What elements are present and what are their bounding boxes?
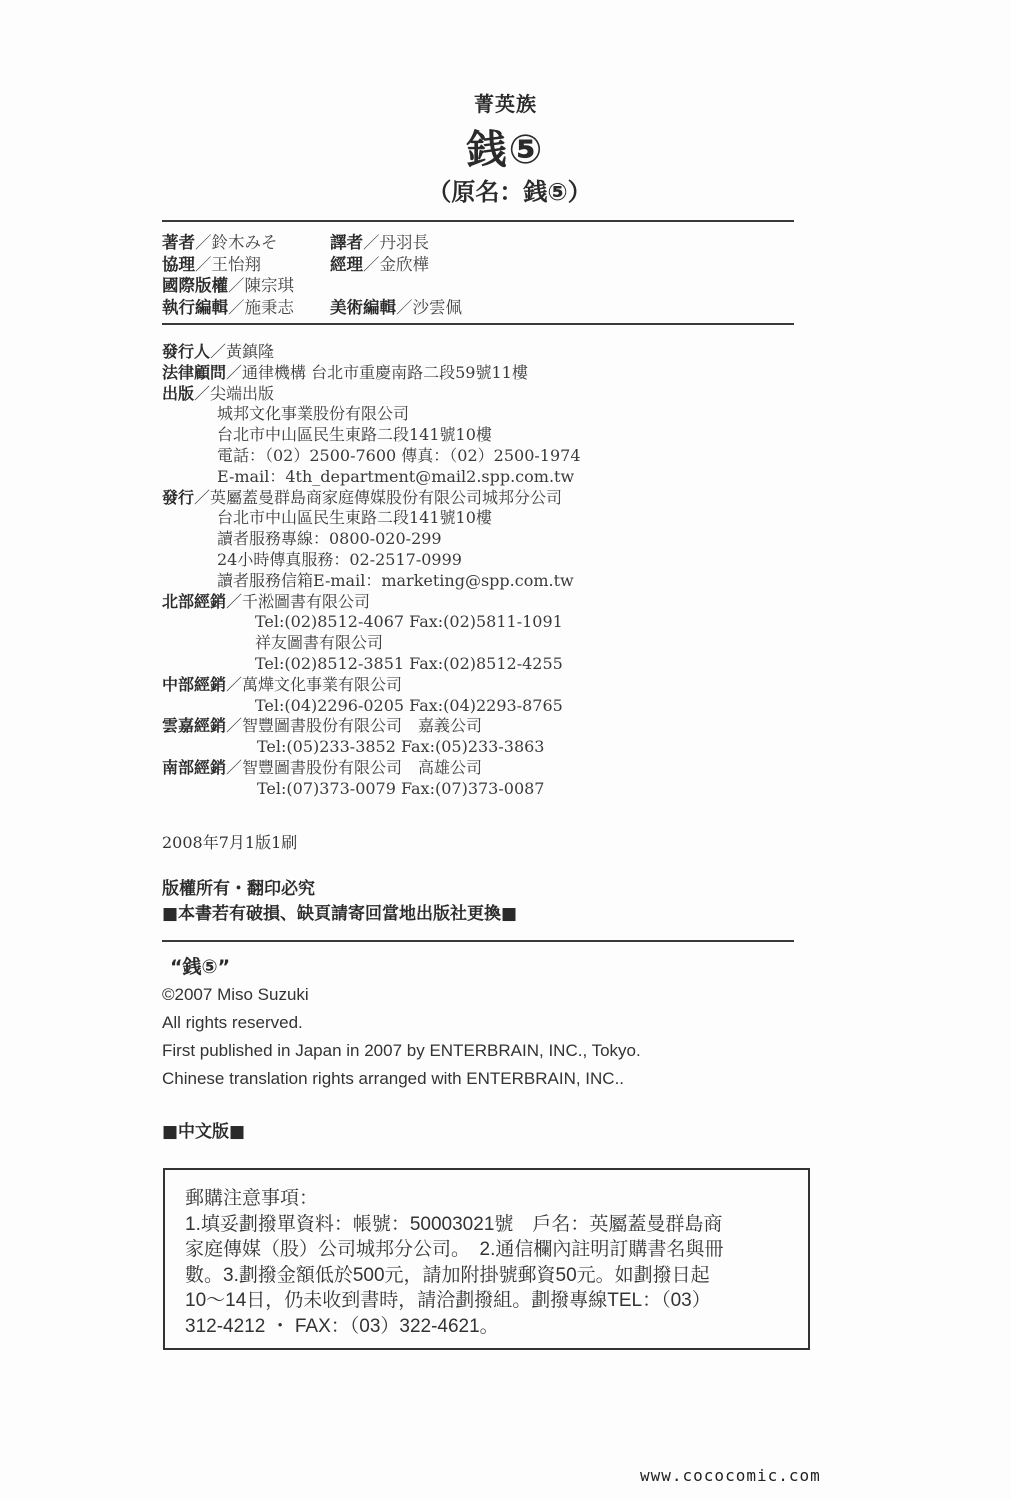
dist-fax: 24小時傳真服務：02-2517-0999 bbox=[162, 550, 581, 571]
press-phone: 電話：（02）2500-7600 傳真：（02）2500-1974 bbox=[162, 446, 581, 467]
dist-hotline: 讀者服務專線：0800-020-299 bbox=[162, 529, 581, 550]
credit-assistant-manager: 協理／王怡翔 bbox=[162, 254, 294, 276]
north-dist-row: 北部經銷／千淞圖書有限公司 bbox=[162, 592, 581, 613]
mail-order-line-2: 家庭傳媒（股）公司城邦分公司。 2.通信欄內註明訂購書名與冊 bbox=[185, 1237, 808, 1263]
mail-order-line-5: 312-4212 ・ FAX：（03）322-4621。 bbox=[185, 1314, 808, 1340]
original-copyright: ©2007 Miso Suzuki All rights reserved. F… bbox=[162, 983, 641, 1091]
divider-rights bbox=[162, 940, 794, 942]
south-dist-row: 南部經銷／智豐圖書股份有限公司 高雄公司 bbox=[162, 758, 581, 779]
credits-left: 著者／鈴木みそ 協理／王怡翔 國際版權／陳宗琪 執行編輯／施秉志 bbox=[162, 232, 294, 318]
press-company: 城邦文化事業股份有限公司 bbox=[162, 404, 581, 425]
dist-email: 讀者服務信箱E-mail：marketing@spp.com.tw bbox=[162, 571, 581, 592]
central-contact: Tel:(04)2296-0205 Fax:(04)2293-8765 bbox=[162, 696, 581, 717]
press-row: 出版／尖端出版 bbox=[162, 384, 581, 405]
chiayi-dist-row: 雲嘉經銷／智豐圖書股份有限公司 嘉義公司 bbox=[162, 716, 581, 737]
north-contact-1: Tel:(02)8512-4067 Fax:(02)5811-1091 bbox=[162, 612, 581, 633]
edition-date: 2008年7月1版1刷 bbox=[162, 830, 297, 853]
credit-intl-rights: 國際版權／陳宗琪 bbox=[162, 275, 294, 297]
translation-rights-line: Chinese translation rights arranged with… bbox=[162, 1067, 641, 1091]
divider-credits bbox=[162, 323, 794, 325]
mail-order-line-4: 10～14日，仍未收到書時，請洽劃撥組。劃撥專線TEL：（03） bbox=[185, 1288, 808, 1314]
credit-art-editor: 美術編輯／沙雲佩 bbox=[330, 297, 462, 319]
chiayi-contact: Tel:(05)233-3852 Fax:(05)233-3863 bbox=[162, 737, 581, 758]
credit-author: 著者／鈴木みそ bbox=[162, 232, 294, 254]
north-company-2: 祥友圖書有限公司 bbox=[162, 633, 581, 654]
mail-order-box: 郵購注意事項： 1.填妥劃撥單資料：帳號：50003021號 戶名：英屬蓋曼群島… bbox=[163, 1168, 810, 1350]
publisher-row: 發行人／黃鎮隆 bbox=[162, 342, 581, 363]
credit-translator: 譯者／丹羽長 bbox=[330, 232, 462, 254]
press-address: 台北市中山區民生東路二段141號10樓 bbox=[162, 425, 581, 446]
publishing-info: 發行人／黃鎮隆 法律顧問／通律機構 台北市重慶南路二段59號11樓 出版／尖端出… bbox=[162, 342, 581, 800]
damage-notice: ■本書若有破損、缺頁請寄回當地出版社更換■ bbox=[162, 902, 517, 926]
first-published-line: First published in Japan in 2007 by ENTE… bbox=[162, 1039, 641, 1063]
mail-order-line-3: 數。3.劃撥金額低於500元，請加附掛號郵資50元。如劃撥日起 bbox=[185, 1263, 808, 1289]
south-contact: Tel:(07)373-0079 Fax:(07)373-0087 bbox=[162, 779, 581, 800]
original-title: （原名：銭⑤） bbox=[0, 172, 1011, 207]
distribution-row: 發行／英屬蓋曼群島商家庭傳媒股份有限公司城邦分公司 bbox=[162, 488, 581, 509]
north-contact-2: Tel:(02)8512-3851 Fax:(02)8512-4255 bbox=[162, 654, 581, 675]
divider-top bbox=[162, 220, 794, 222]
copyright-line: ©2007 Miso Suzuki bbox=[162, 983, 641, 1007]
legal-row: 法律顧問／通律機構 台北市重慶南路二段59號11樓 bbox=[162, 363, 581, 384]
watermark: www.cococomic.com bbox=[640, 1466, 821, 1485]
quoted-title: “銭⑤” bbox=[170, 955, 230, 979]
credits-right: 譯者／丹羽長 經理／金欣樺 美術編輯／沙雲佩 bbox=[330, 232, 462, 318]
credit-exec-editor: 執行編輯／施秉志 bbox=[162, 297, 294, 319]
reserved-line: All rights reserved. bbox=[162, 1011, 641, 1035]
book-title: 銭⑤ bbox=[0, 118, 1011, 175]
mail-order-line-1: 1.填妥劃撥單資料：帳號：50003021號 戶名：英屬蓋曼群島商 bbox=[185, 1212, 808, 1238]
credit-manager: 經理／金欣樺 bbox=[330, 254, 462, 276]
chinese-edition-label: ■中文版■ bbox=[162, 1120, 245, 1144]
press-email: E-mail：4th_department@mail2.spp.com.tw bbox=[162, 467, 581, 488]
series-name: 菁英族 bbox=[0, 88, 1011, 117]
central-dist-row: 中部經銷／萬燁文化事業有限公司 bbox=[162, 675, 581, 696]
mail-order-title: 郵購注意事項： bbox=[185, 1186, 808, 1212]
rights-notice: 版權所有・翻印必究 bbox=[162, 877, 315, 901]
dist-address: 台北市中山區民生東路二段141號10樓 bbox=[162, 508, 581, 529]
